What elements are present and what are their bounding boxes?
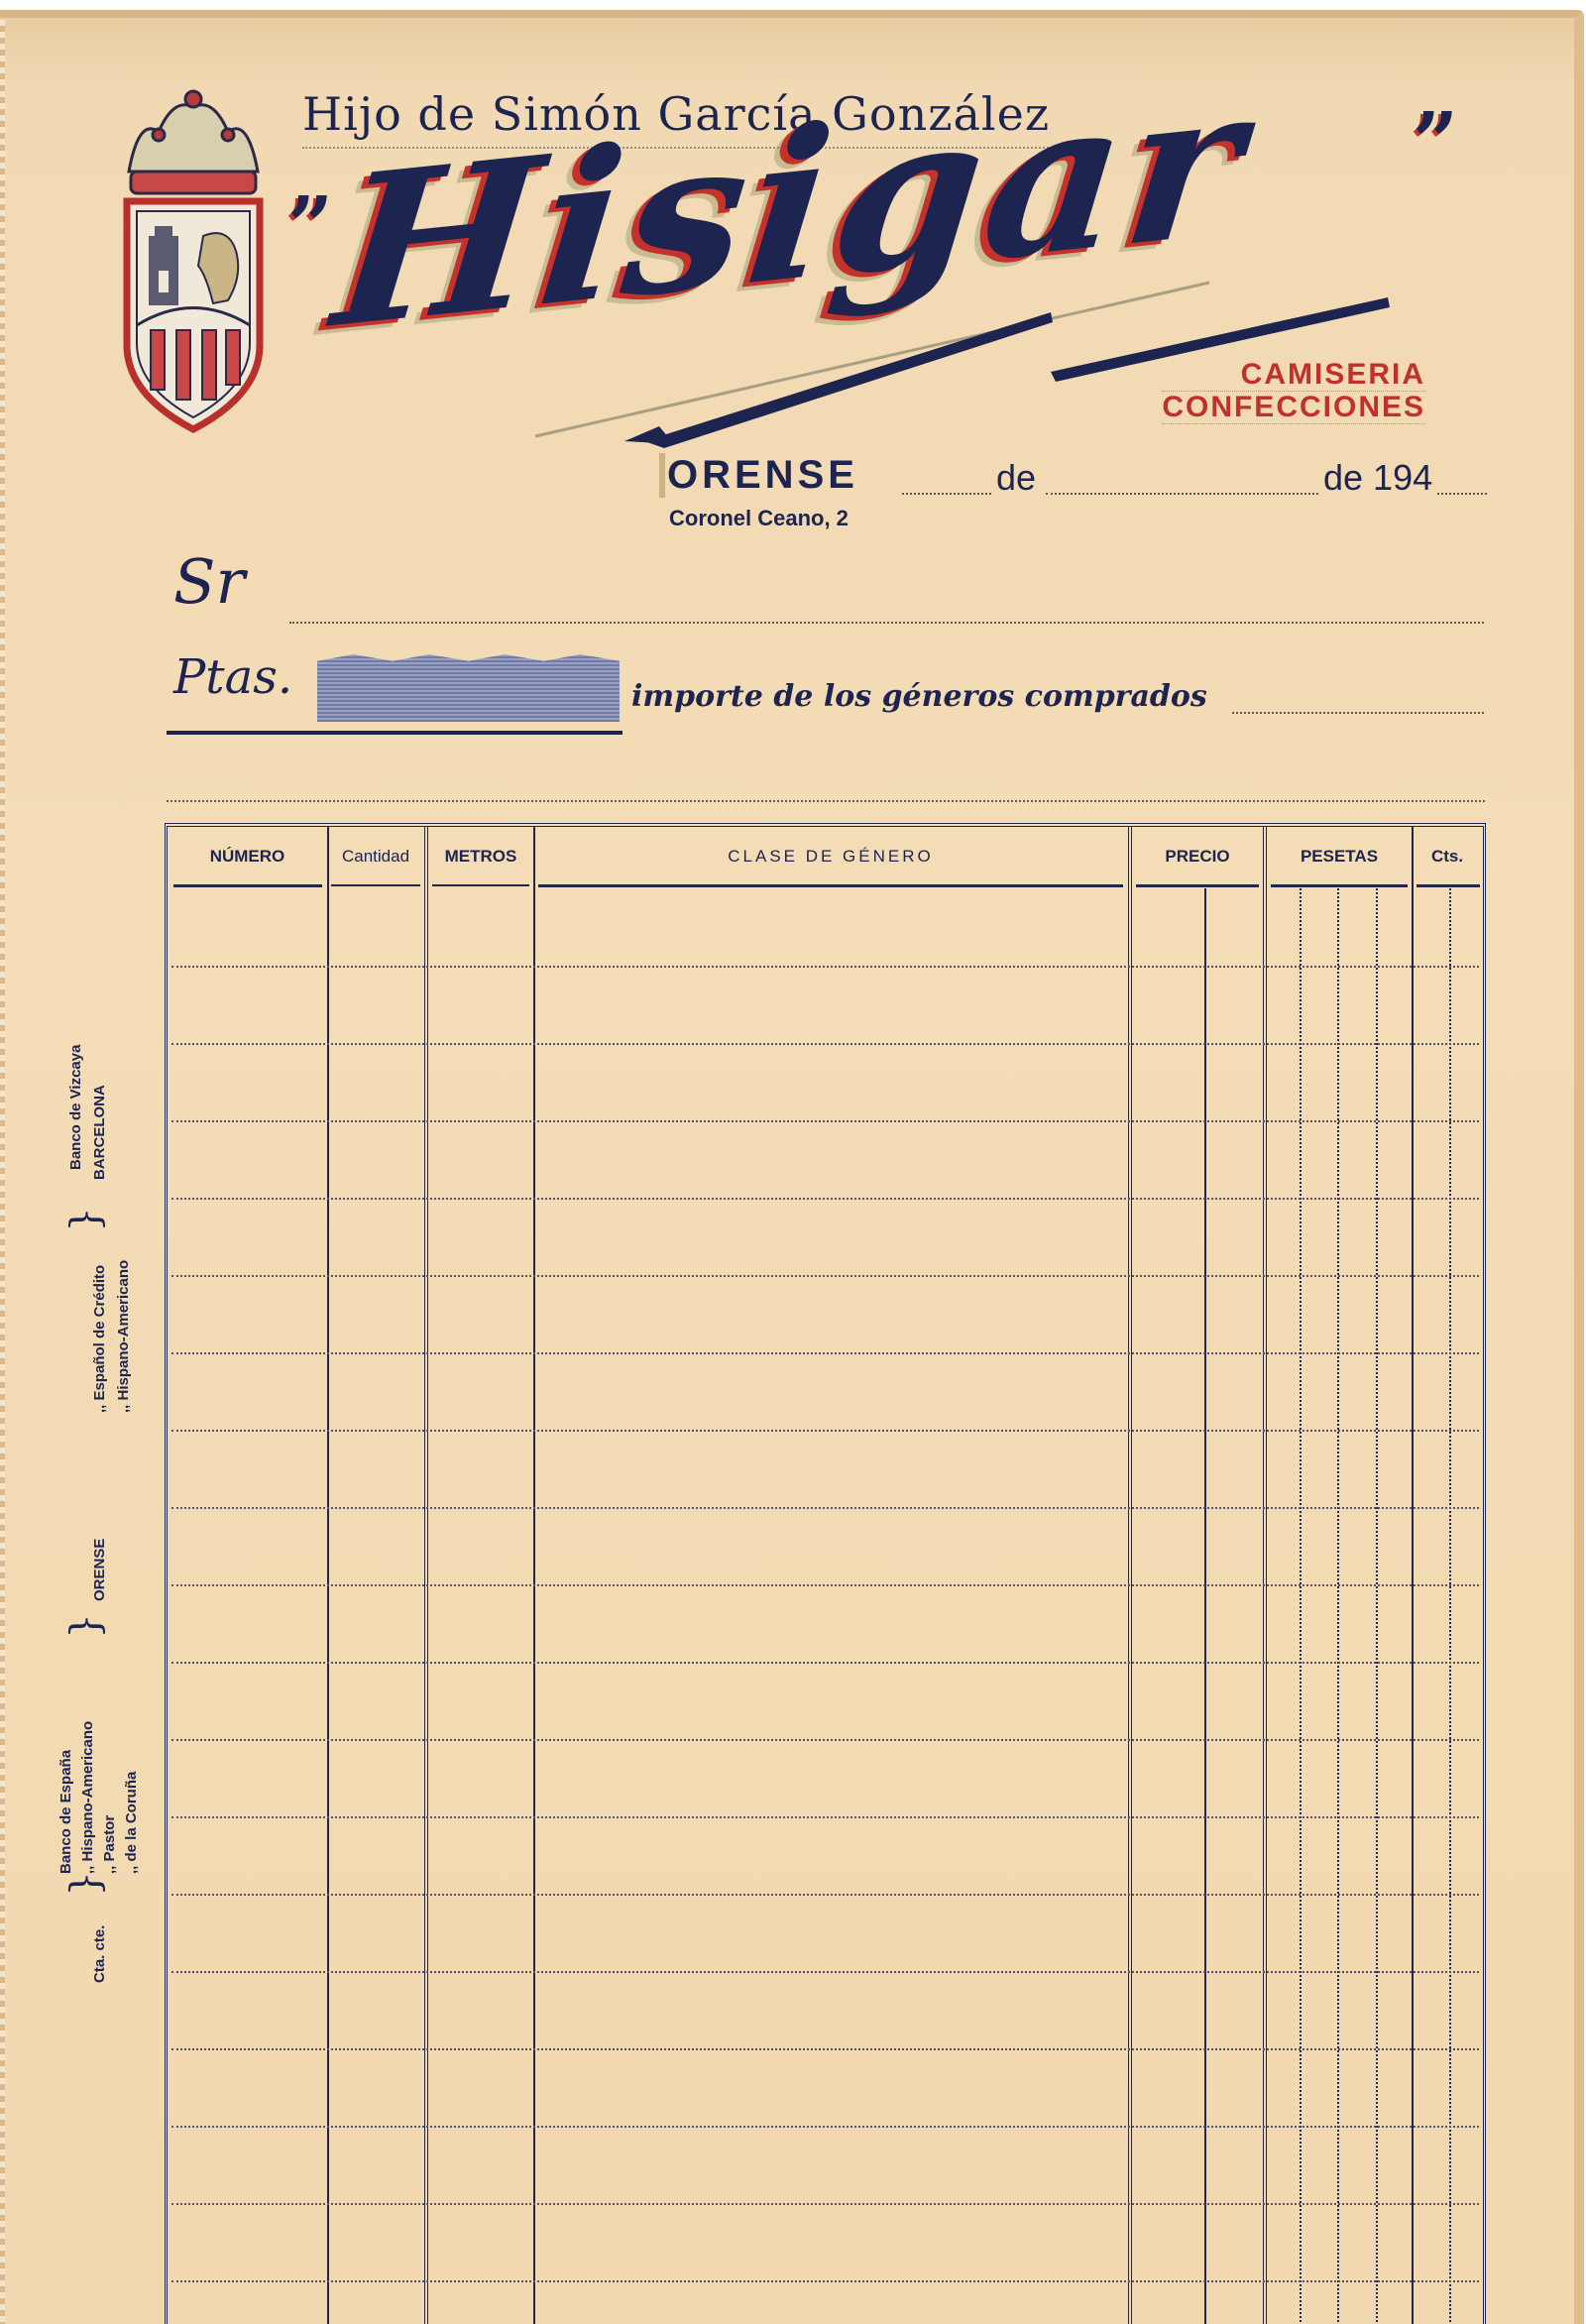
col-sep-cantidad — [424, 827, 428, 2324]
day-field[interactable] — [902, 493, 991, 495]
bank-orense-3: ,, Pastor — [101, 1815, 119, 1874]
header-cts: Cts. — [1412, 847, 1483, 867]
table-row[interactable] — [171, 2048, 1479, 2050]
table-row[interactable] — [171, 966, 1479, 968]
separator-line — [167, 800, 1485, 802]
header-rule — [432, 884, 529, 886]
header-numero: NÚMERO — [168, 847, 327, 867]
bank-orense-4: ,, de la Coruña — [123, 1772, 141, 1874]
header-metros: METROS — [428, 847, 533, 867]
col-sep-metros — [533, 827, 535, 2324]
header-precio: PRECIO — [1132, 847, 1263, 867]
table-row[interactable] — [171, 1430, 1479, 1432]
pesetas-dotted-1 — [1300, 888, 1302, 2324]
col-sep-numero — [327, 827, 329, 2324]
bank-barcelona-1: Banco de Vizcaya — [67, 1045, 85, 1170]
importe-field[interactable] — [1232, 712, 1484, 714]
address: Coronel Ceano, 2 — [669, 506, 849, 531]
table-row[interactable] — [171, 1043, 1479, 1045]
pesetas-dotted-2 — [1337, 888, 1339, 2324]
ptas-underline — [167, 731, 623, 735]
tagline-camiseria: CAMISERIA — [1162, 359, 1425, 392]
bank-orense-2: ,, Hispano-Americano — [79, 1721, 97, 1874]
table-row[interactable] — [171, 1971, 1479, 1973]
table-row[interactable] — [171, 1120, 1479, 1122]
table-row[interactable] — [171, 2280, 1479, 2282]
col-sep-pesetas — [1412, 827, 1414, 2324]
header-rule — [1271, 884, 1408, 887]
table-row[interactable] — [171, 1507, 1479, 1509]
table-row[interactable] — [171, 1662, 1479, 1664]
table-row[interactable] — [171, 1352, 1479, 1354]
brace-icon: } — [66, 1871, 106, 1896]
importe-label: importe de los géneros comprados — [631, 679, 1207, 714]
table-row[interactable] — [171, 1739, 1479, 1741]
header-pesetas: PESETAS — [1267, 847, 1412, 867]
bank-city-barcelona: BARCELONA — [91, 1085, 109, 1180]
place-date-line: ORENSE de de 194 — [659, 453, 1487, 503]
business-tagline: CAMISERIA CONFECCIONES — [1162, 359, 1425, 424]
year-field[interactable] — [1437, 493, 1487, 495]
table-row[interactable] — [171, 1275, 1479, 1277]
header-rule — [331, 884, 420, 886]
perforated-edge — [0, 20, 5, 2324]
pesetas-dotted-3 — [1376, 888, 1378, 2324]
bank-barcelona-2: ,, Español de Crédito — [91, 1265, 109, 1413]
month-field[interactable] — [1046, 493, 1318, 495]
city-stamp: ORENSE — [659, 453, 858, 498]
table-row[interactable] — [171, 1198, 1479, 1200]
brace-icon: } — [66, 1207, 106, 1231]
tagline-confecciones: CONFECCIONES — [1162, 392, 1425, 424]
table-row[interactable] — [171, 1816, 1479, 1818]
table-row[interactable] — [171, 1584, 1479, 1586]
header-rule — [1136, 884, 1259, 887]
amount-security-box[interactable] — [317, 654, 620, 722]
header-clase-de-genero: CLASE DE GÉNERO — [533, 847, 1128, 867]
precio-inner-line — [1204, 888, 1206, 2324]
brand-quote-close: ” — [1413, 94, 1458, 187]
bank-barcelona-3: ,, Hispano-Americano — [115, 1260, 133, 1413]
header-rule — [173, 884, 322, 887]
goods-table: NÚMERO Cantidad METROS CLASE DE GÉNERO P… — [165, 823, 1486, 2324]
sr-label: Sr — [173, 545, 245, 618]
bank-orense-1: Banco de España — [57, 1750, 75, 1874]
brand-quote-open: ” — [287, 178, 333, 272]
header-cantidad: Cantidad — [327, 847, 424, 867]
date-de-label: de — [996, 457, 1036, 499]
ptas-label: Ptas. — [173, 649, 292, 705]
table-row[interactable] — [171, 2203, 1479, 2205]
table-row[interactable] — [171, 1894, 1479, 1896]
cts-dotted — [1449, 888, 1451, 2324]
cuenta-corriente-label: Cta. cte. — [91, 1925, 109, 1983]
year-prefix-label: de 194 — [1323, 457, 1432, 499]
header-rule — [538, 884, 1123, 887]
recipient-field[interactable] — [289, 622, 1484, 624]
brace-icon: } — [66, 1613, 106, 1638]
header-rule — [1416, 884, 1480, 887]
col-sep-precio — [1263, 827, 1267, 2324]
coat-of-arms-icon — [119, 77, 268, 434]
bank-city-orense: ORENSE — [91, 1539, 109, 1601]
table-row[interactable] — [171, 2126, 1479, 2128]
col-sep-clase — [1128, 827, 1132, 2324]
